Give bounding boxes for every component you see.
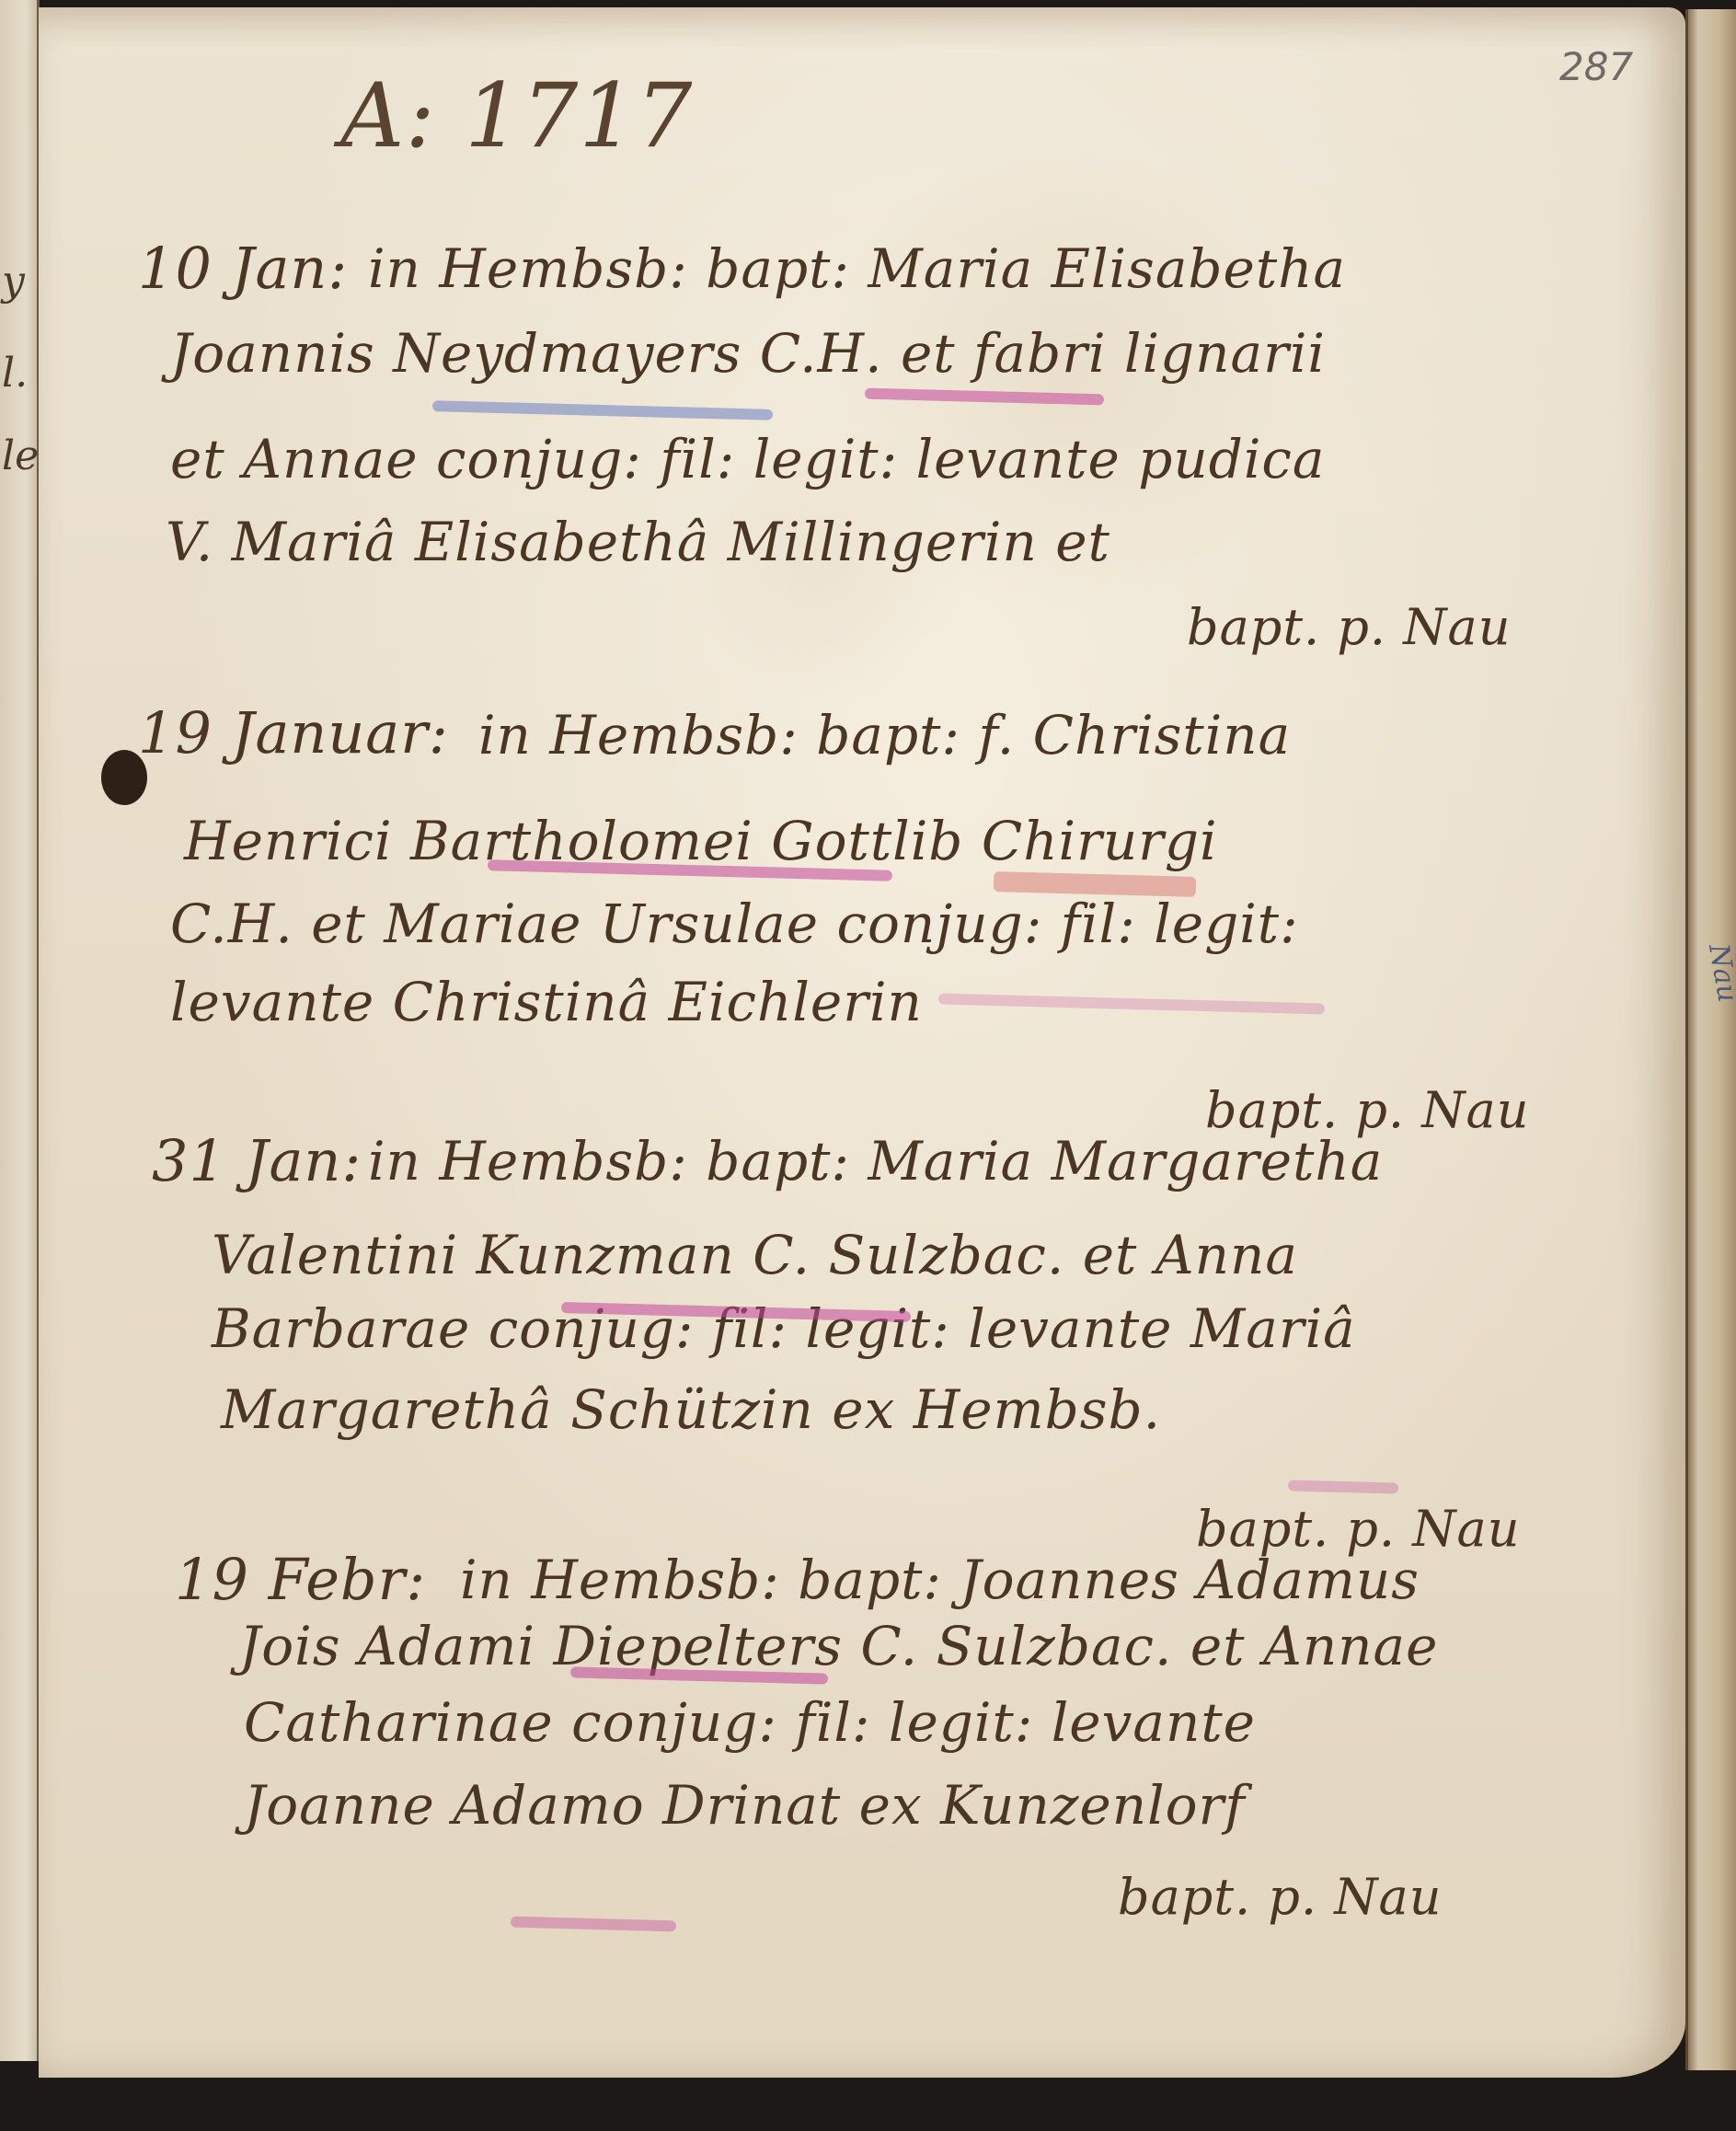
entry-date: 19 Januar: xyxy=(138,699,449,766)
previous-page-edge: y l. le xyxy=(0,0,40,2061)
margin-fragment: y xyxy=(2,258,25,305)
entry-line: Catharinae conjug: fil: legit: levante xyxy=(244,1691,1256,1754)
officiant-signature: bapt. p. Nau xyxy=(1187,598,1511,656)
entry-line: Barbarae conjug: fil: legit: levante Mar… xyxy=(212,1297,1356,1360)
entry-line: in Hembsb: bapt: Maria Elisabetha xyxy=(368,237,1346,300)
officiant-signature: bapt. p. Nau xyxy=(1118,1868,1442,1926)
entry-line: Joanne Adamo Drinat ex Kunzenlorf xyxy=(244,1774,1246,1837)
entry-line: in Hembsb: bapt: f. Christina xyxy=(478,704,1291,766)
manuscript-page xyxy=(39,7,1685,2078)
entry-line: Margarethâ Schützin ex Hembsb. xyxy=(221,1378,1161,1441)
year-heading: A: 1717 xyxy=(340,64,694,167)
margin-fragment: le xyxy=(2,432,39,479)
entry-line: levante Christinâ Eichlerin xyxy=(170,971,923,1033)
entry-line: in Hembsb: bapt: Joannes Adamus xyxy=(460,1549,1420,1611)
entry-line: Valentini Kunzman C. Sulzbac. et Anna xyxy=(212,1224,1298,1286)
entry-date: 31 Jan: xyxy=(152,1127,362,1194)
page-number: 287 xyxy=(1559,44,1633,89)
entry-line: V. Mariâ Elisabethâ Millingerin et xyxy=(166,511,1110,573)
entry-date: 10 Jan: xyxy=(138,235,348,302)
margin-pencil-note: Nau xyxy=(1702,941,1736,1005)
entry-line: Henrici Bartholomei Gottlib Chirurgi xyxy=(184,810,1218,872)
entry-line: Joannis Neydmayers C.H. et fabri lignari… xyxy=(170,322,1326,385)
entry-line: in Hembsb: bapt: Maria Margaretha xyxy=(368,1130,1383,1192)
following-pages-edge: Nau xyxy=(1685,9,1736,2070)
entry-line: et Annae conjug: fil: legit: levante pud… xyxy=(170,428,1325,490)
margin-fragment: l. xyxy=(2,350,28,397)
entry-line: C.H. et Mariae Ursulae conjug: fil: legi… xyxy=(170,893,1299,955)
entry-date: 19 Febr: xyxy=(175,1546,426,1613)
entry-line: Jois Adami Diepelters C. Sulzbac. et Ann… xyxy=(239,1615,1438,1677)
